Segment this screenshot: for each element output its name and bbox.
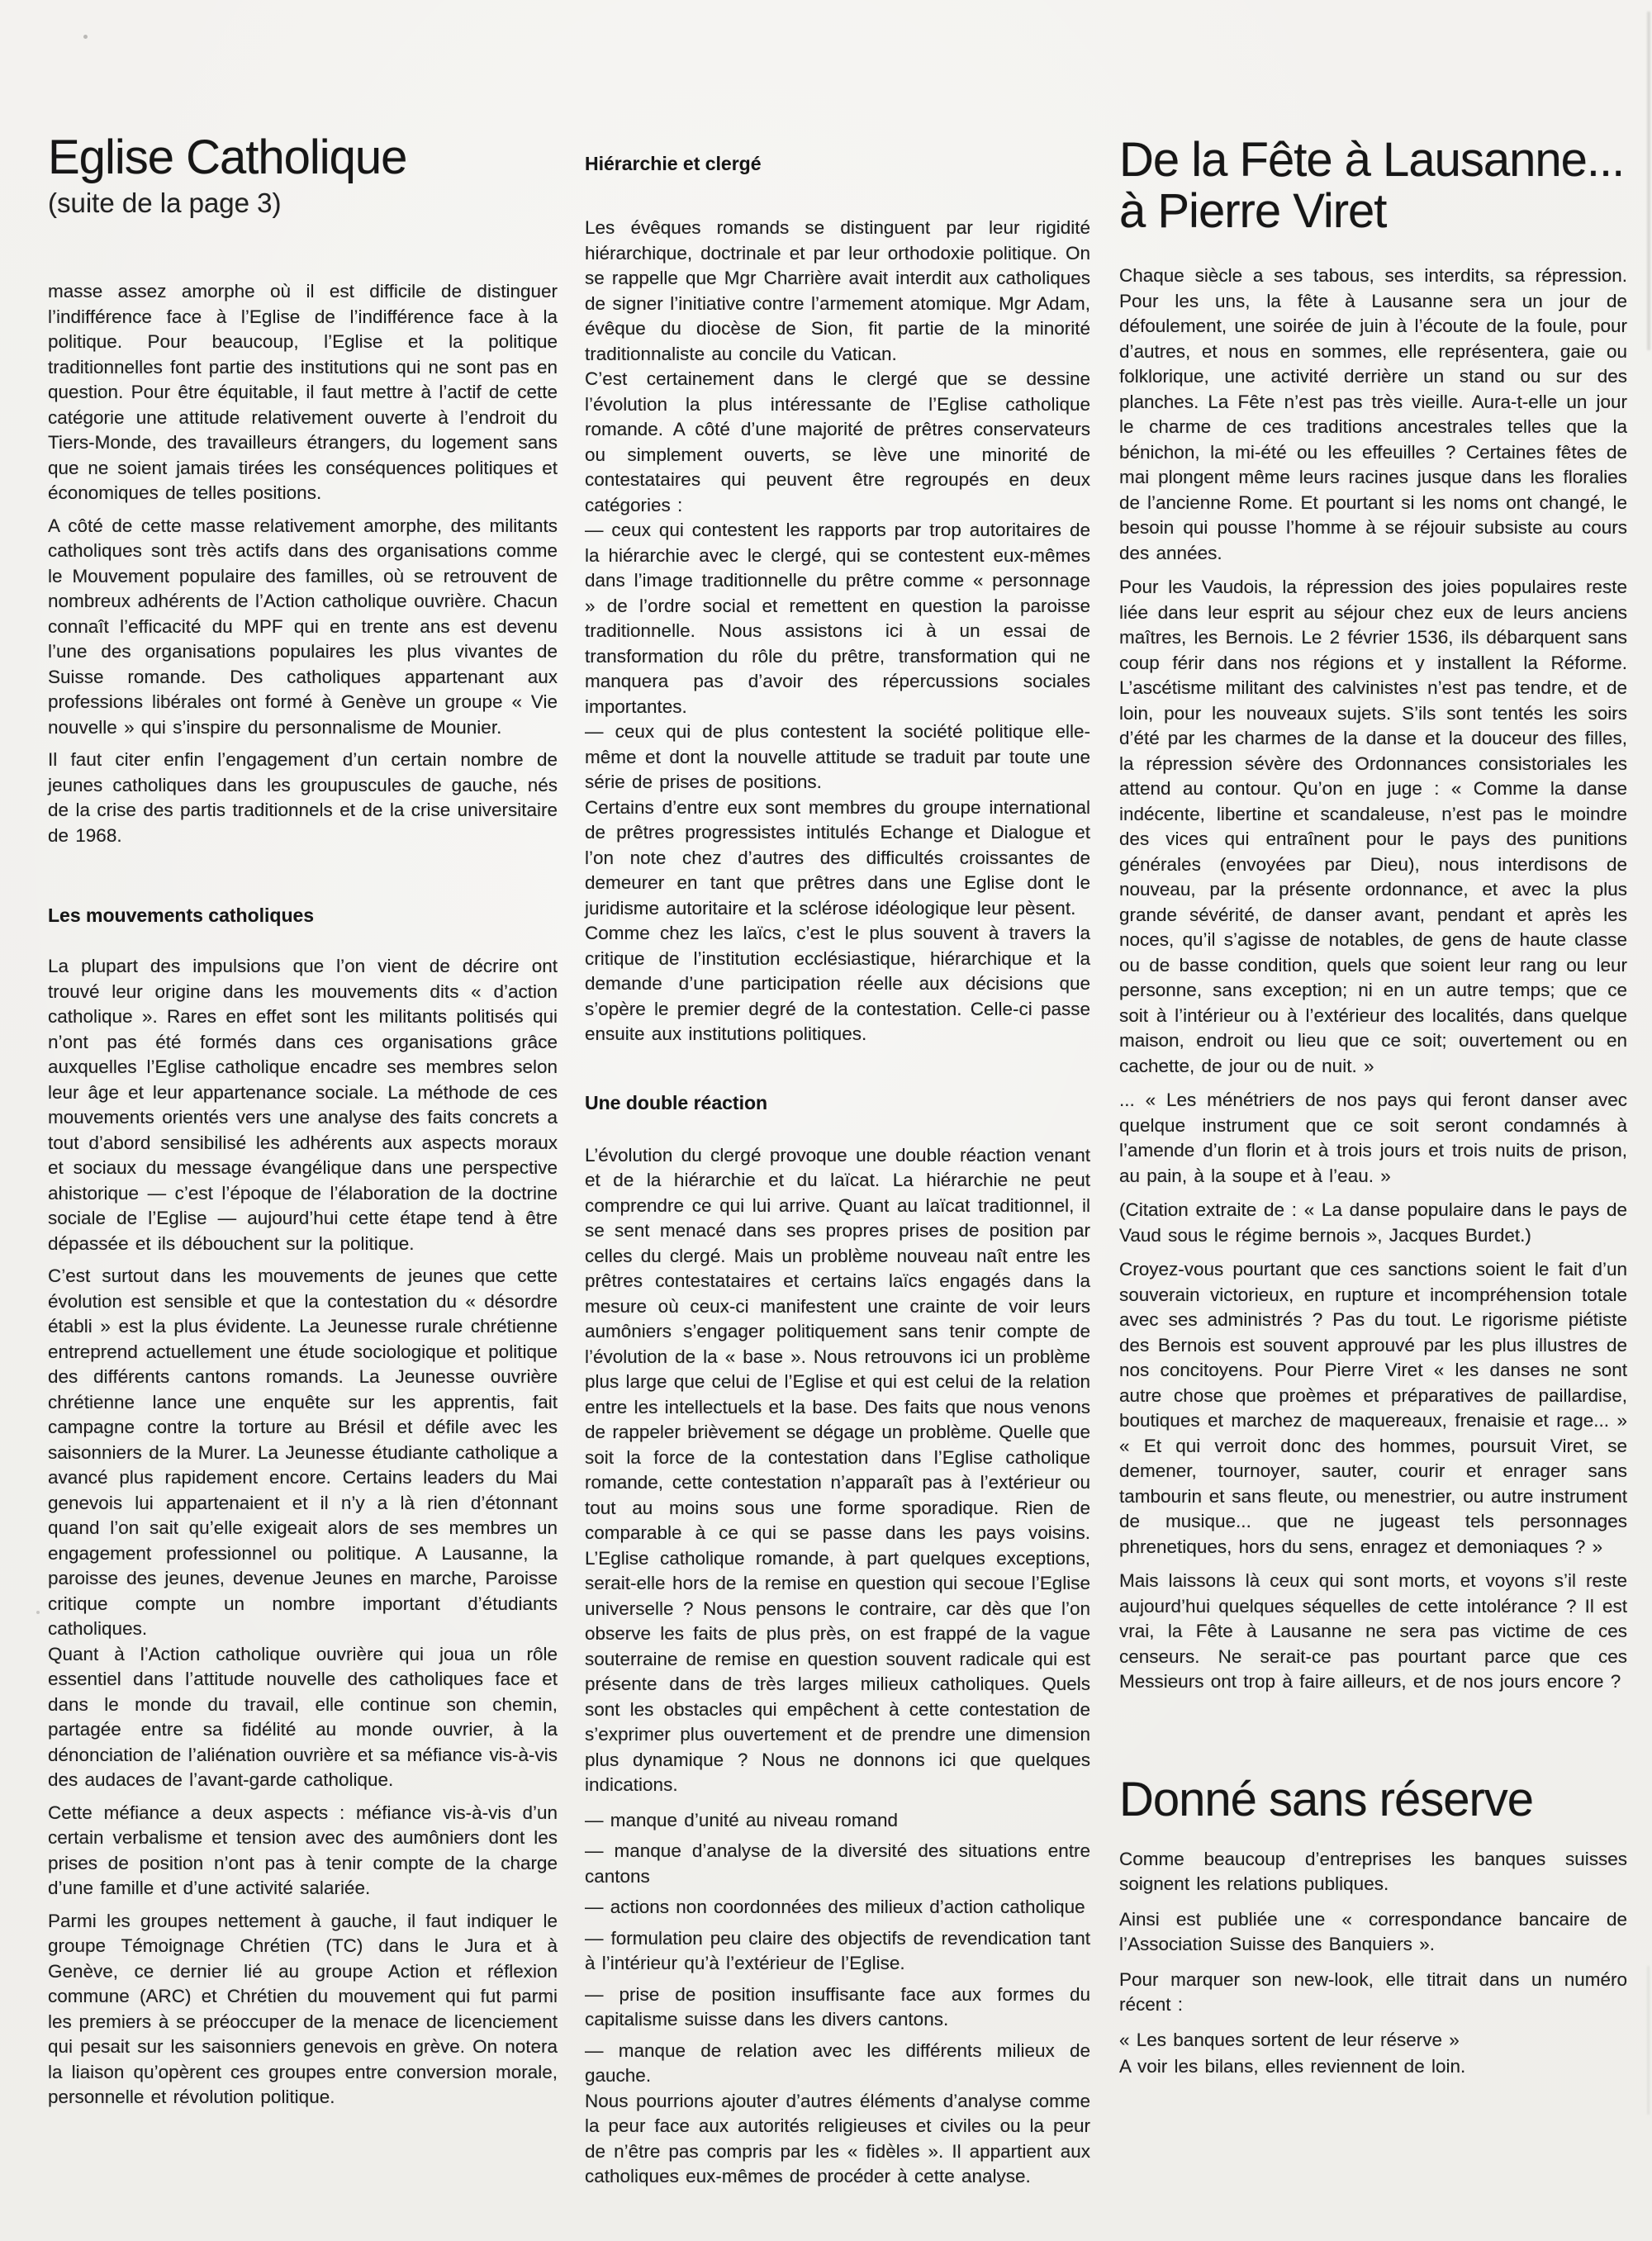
paragraph: C’est surtout dans les mouvements de jeu…	[48, 1264, 558, 1642]
article-body-donne: Comme beaucoup d’entreprises les banques…	[1119, 1847, 1627, 2080]
newspaper-page: Eglise Catholique (suite de la page 3) m…	[0, 0, 1652, 2241]
paragraph: masse assez amorphe où il est difficile …	[48, 279, 558, 506]
section-body-hierarchie: Les évêques romands se distinguent par l…	[585, 216, 1090, 1047]
paragraph: Cette méfiance a deux aspects : méfiance…	[48, 1801, 558, 1902]
article-title: Eglise Catholique	[48, 132, 558, 183]
section-body-double-reaction: L’évolution du clergé provoque une doubl…	[585, 1143, 1090, 2190]
list-item-dash: — manque d’unité au niveau romand	[585, 1808, 1090, 1834]
section-heading-les-mouvements-catholiques: Les mouvements catholiques	[48, 903, 558, 928]
article-title: De la Fête à Lausanne... à Pierre Viret	[1119, 135, 1627, 237]
article-title-line: De la Fête à Lausanne...	[1119, 135, 1627, 186]
scan-edge-artifact	[1647, 1966, 1650, 2115]
paragraph-dash: — ceux qui de plus contestent la société…	[585, 719, 1090, 795]
paragraph-quote: « Les banques sortent de leur réserve »	[1119, 2028, 1627, 2053]
paragraph-quote: ... « Les ménétriers de nos pays qui fer…	[1119, 1088, 1627, 1189]
paragraph-dash: — ceux qui contestent les rapports par t…	[585, 518, 1090, 719]
article-fete-lausanne: De la Fête à Lausanne... à Pierre Viret …	[1119, 135, 1627, 2080]
article-title-line: à Pierre Viret	[1119, 186, 1627, 237]
paragraph: Comme beaucoup d’entreprises les banques…	[1119, 1847, 1627, 1897]
article-body: masse assez amorphe où il est difficile …	[48, 279, 558, 2110]
paragraph: Quant à l’Action catholique ouvrière qui…	[48, 1642, 558, 1793]
paragraph: Ainsi est publiée une « correspondance b…	[1119, 1907, 1627, 1958]
shortcomings-list: — manque d’unité au niveau romand — manq…	[585, 1808, 1090, 2089]
article-body: Chaque siècle a ses tabous, ses interdit…	[1119, 264, 1627, 1695]
article-continuation-note: (suite de la page 3)	[48, 187, 558, 220]
article-title-donne-sans-reserve: Donné sans réserve	[1119, 1774, 1627, 1826]
paragraph: A côté de cette masse relativement amorp…	[48, 514, 558, 741]
paragraph: Nous pourrions ajouter d’autres éléments…	[585, 2089, 1090, 2190]
scan-speck	[36, 1611, 40, 1614]
paragraph: Chaque siècle a ses tabous, ses interdit…	[1119, 264, 1627, 566]
list-item-dash: — manque d’analyse de la diversité des s…	[585, 1839, 1090, 1889]
list-item-dash: — manque de relation avec les différents…	[585, 2039, 1090, 2089]
paragraph: Comme chez les laïcs, c’est le plus souv…	[585, 921, 1090, 1047]
paragraph: Parmi les groupes nettement à gauche, il…	[48, 1909, 558, 2110]
paragraph: Pour marquer son new-look, elle titrait …	[1119, 1968, 1627, 2018]
paragraph: Les évêques romands se distinguent par l…	[585, 216, 1090, 367]
section-heading-une-double-reaction: Une double réaction	[585, 1090, 1090, 1115]
paragraph: Certains d’entre eux sont membres du gro…	[585, 795, 1090, 922]
paragraph: L’évolution du clergé provoque une doubl…	[585, 1143, 1090, 1798]
paragraph: A voir les bilans, elles reviennent de l…	[1119, 2054, 1627, 2080]
paragraph-citation: (Citation extraite de : « La danse popul…	[1119, 1198, 1627, 1248]
list-item-dash: — formulation peu claire des objectifs d…	[585, 1926, 1090, 1977]
paragraph: Mais laissons là ceux qui sont morts, et…	[1119, 1569, 1627, 1695]
paragraph: La plupart des impulsions que l’on vient…	[48, 954, 558, 1256]
section-heading-hierarchie-et-clerge: Hiérarchie et clergé	[585, 151, 1090, 176]
article-middle-column: Hiérarchie et clergé Les évêques romands…	[585, 151, 1090, 2190]
article-eglise-catholique: Eglise Catholique (suite de la page 3) m…	[48, 132, 558, 2110]
paragraph: Croyez-vous pourtant que ces sanctions s…	[1119, 1257, 1627, 1560]
scan-edge-artifact	[1647, 12, 1650, 350]
paragraph: C’est certainement dans le clergé que se…	[585, 367, 1090, 518]
list-item-dash: — prise de position insuffisante face au…	[585, 1982, 1090, 2033]
list-item-dash: — actions non coordonnées des milieux d’…	[585, 1895, 1090, 1921]
paragraph: Pour les Vaudois, la répression des joie…	[1119, 575, 1627, 1079]
scan-speck	[83, 35, 88, 39]
paragraph: Il faut citer enfin l’engagement d’un ce…	[48, 748, 558, 848]
